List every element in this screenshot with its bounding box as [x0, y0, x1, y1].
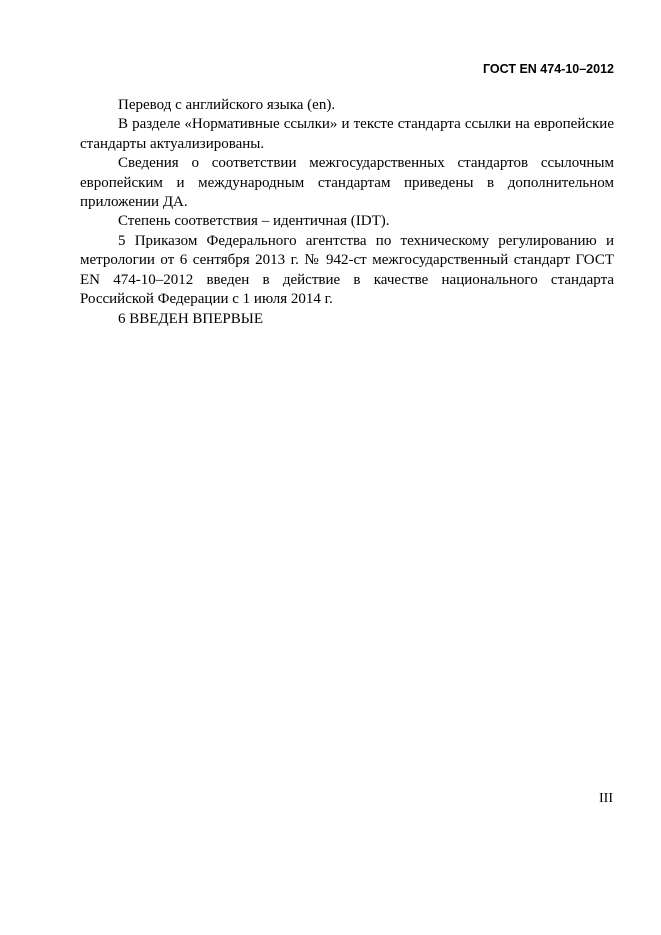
section-6-first-introduced: 6 ВВЕДЕН ВПЕРВЫЕ	[118, 311, 263, 328]
document-code-header: ГОСТ EN 474-10–2012	[483, 62, 614, 76]
paragraph-degree-of-conformity: Степень соответствия – идентичная (IDT).	[80, 212, 614, 231]
paragraph-translation: Перевод с английского языка (en).	[80, 96, 614, 115]
document-body: Перевод с английского языка (en). В разд…	[80, 96, 614, 309]
page-number: III	[599, 791, 613, 807]
paragraph-order-5: 5 Приказом Федерального агентства по тех…	[80, 232, 614, 310]
paragraph-references: В разделе «Нормативные ссылки» и тексте …	[80, 115, 614, 154]
paragraph-conformity-info: Сведения о соответствии межгосударственн…	[80, 154, 614, 212]
